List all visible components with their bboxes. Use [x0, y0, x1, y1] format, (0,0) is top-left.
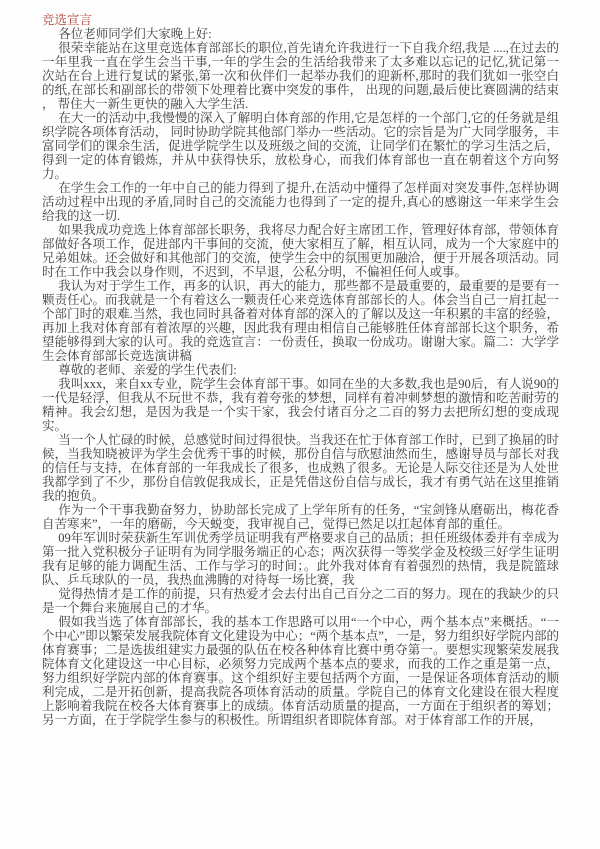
- document-title: 竞选宣言: [42, 13, 559, 27]
- paragraph-busy-year: 当一个人忙碌的时候，总感觉时间过得很快。当我还在忙于体育部工作时，已到了换届的时…: [42, 433, 559, 503]
- document-page: 竞选宣言 各位老师同学们大家晚上好: 很荣幸能站在这里竞选体育部部长的职位,首先…: [0, 0, 600, 849]
- paragraph-work-plan: 假如我当选了体育部部长，我的基本工作思路可以用“一个中心，两个基本点”来概括。“…: [42, 615, 559, 727]
- paragraph-salutation-2: 尊敬的老师、亲爱的学生代表们:: [42, 363, 559, 377]
- paragraph-sword-proverb: 作为一个干事我勤奋努力，协助部长完成了上学年所有的任务，“宝剑锋从磨砺出，梅花香…: [42, 503, 559, 531]
- paragraph-growth: 在学生会工作的一年中自己的能力得到了提升,在活动中懂得了怎样面对突发事件,怎样协…: [42, 181, 559, 223]
- paragraph-intro: 很荣幸能站在这里竞选体育部部长的职位,首先请允许我进行一下自我介绍,我是 ...…: [42, 41, 559, 111]
- paragraph-passion: 觉得热情才是工作的前提，只有热爱才会去付出自己百分之二百的努力。现在的我缺少的只…: [42, 587, 559, 615]
- paragraph-plans: 如果我成功竞选上体育部部长职务，我将尽力配合好主席团工作，管理好体育部，带领体育…: [42, 223, 559, 279]
- paragraph-greeting: 各位老师同学们大家晚上好:: [42, 27, 559, 41]
- paragraph-achievements: 09年军训时荣获新生军训优秀学员证明我有严格要求自己的品质；担任班级体委并有幸成…: [42, 531, 559, 587]
- paragraph-department-role: 在大一的活动中,我慢慢的深入了解明白体育部的作用,它是怎样的一个部门,它的任务就…: [42, 111, 559, 181]
- paragraph-responsibility: 我认为对于学生工作，再多的认识，再大的能力，那些都不是最重要的，最重要的是要有一…: [42, 279, 559, 363]
- paragraph-self-intro-2: 我叫xxx，来自xx专业，院学生会体育部干事。如同在坐的大多数,我也是90后，有…: [42, 377, 559, 433]
